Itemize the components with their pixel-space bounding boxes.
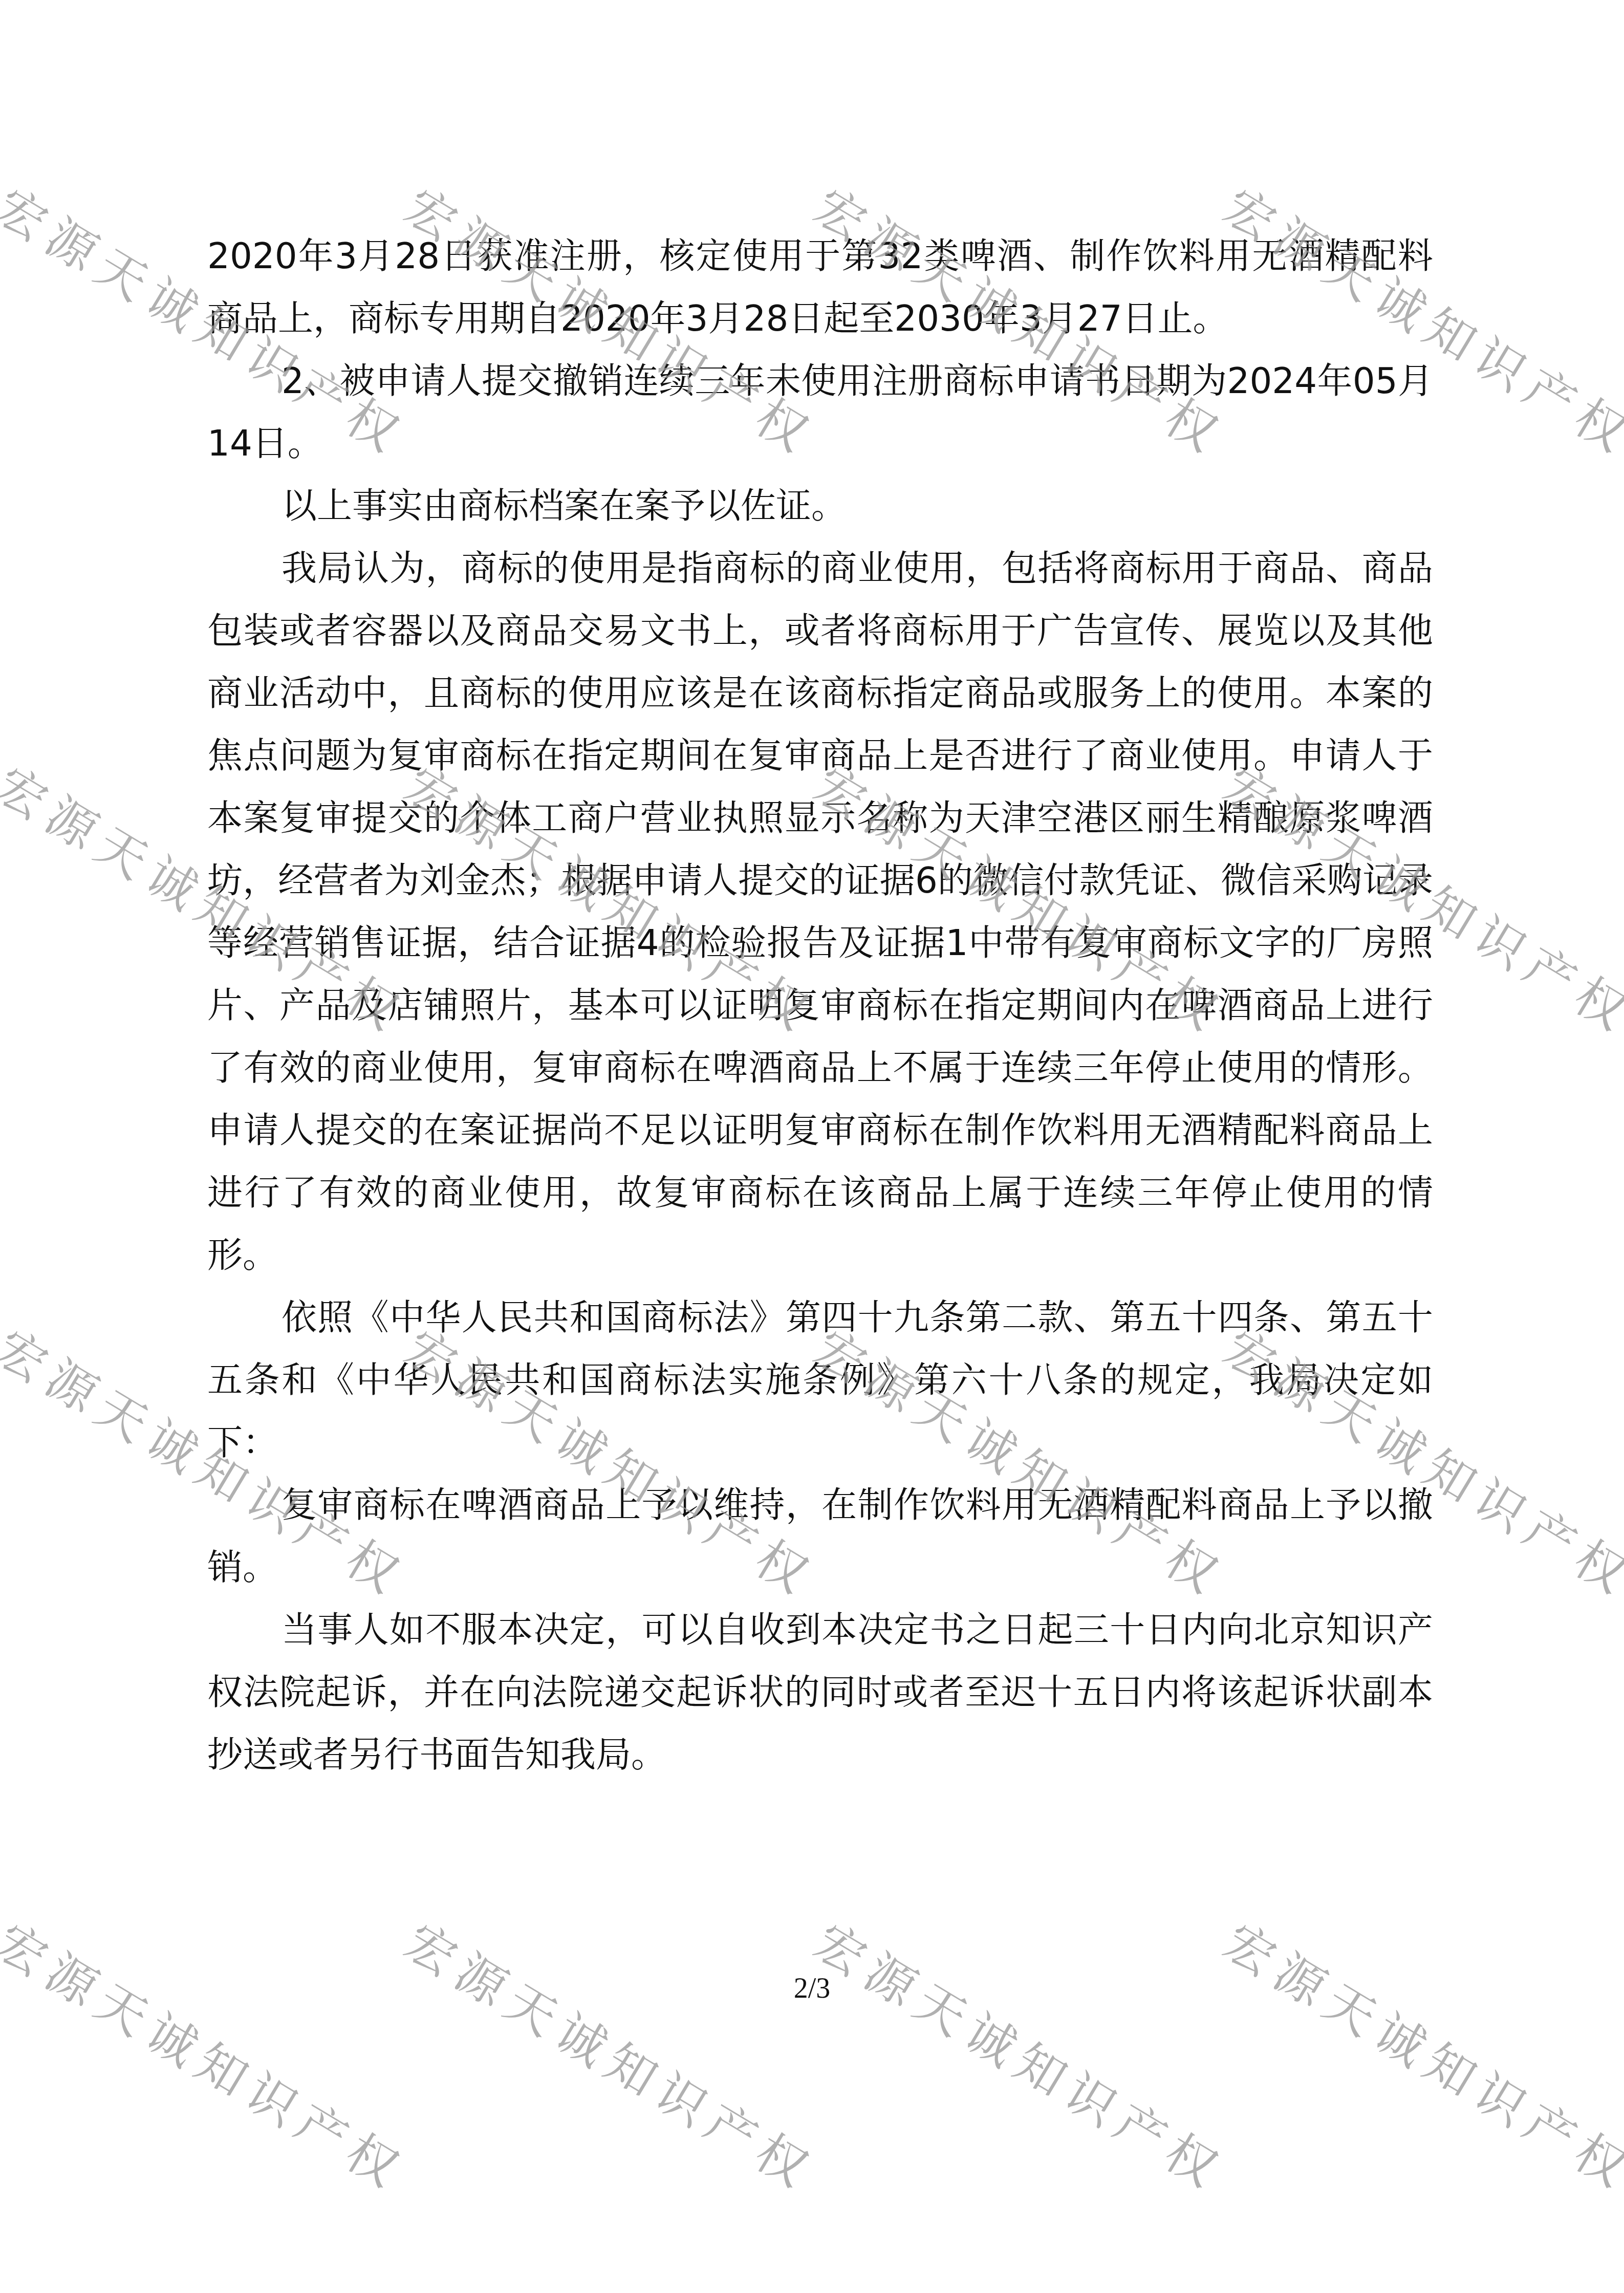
paragraph-legal-basis: 依照《中华人民共和国商标法》第四十九条第二款、第五十四条、第五十五条和《中华人民…	[207, 1287, 1433, 1474]
watermark: 宏源天诚知识产权	[394, 1904, 830, 2204]
watermark: 宏源天诚知识产权	[0, 1904, 421, 2204]
paragraph-appeal-notice: 当事人如不服本决定，可以自收到本决定书之日起三十日内向北京知识产权法院起诉，并在…	[207, 1599, 1433, 1786]
page-number: 2/3	[0, 1972, 1624, 2005]
watermark: 宏源天诚知识产权	[803, 1904, 1239, 2204]
paragraph-registration-info: 2020年3月28日获准注册，核定使用于第32类啤酒、制作饮料用无酒精配料商品上…	[207, 225, 1433, 350]
paragraph-application-date: 2、被申请人提交撤销连续三年未使用注册商标申请书日期为2024年05月14日。	[207, 350, 1433, 475]
document-body: 2020年3月28日获准注册，核定使用于第32类啤酒、制作饮料用无酒精配料商品上…	[207, 225, 1433, 1786]
paragraph-reasoning: 我局认为，商标的使用是指商标的商业使用，包括将商标用于商品、商品包装或者容器以及…	[207, 537, 1433, 1287]
paragraph-evidence-note: 以上事实由商标档案在案予以佐证。	[207, 475, 1433, 537]
paragraph-decision: 复审商标在啤酒商品上予以维持，在制作饮料用无酒精配料商品上予以撤销。	[207, 1474, 1433, 1599]
document-page: 2020年3月28日获准注册，核定使用于第32类啤酒、制作饮料用无酒精配料商品上…	[0, 0, 1624, 2293]
watermark: 宏源天诚知识产权	[1212, 1904, 1624, 2204]
